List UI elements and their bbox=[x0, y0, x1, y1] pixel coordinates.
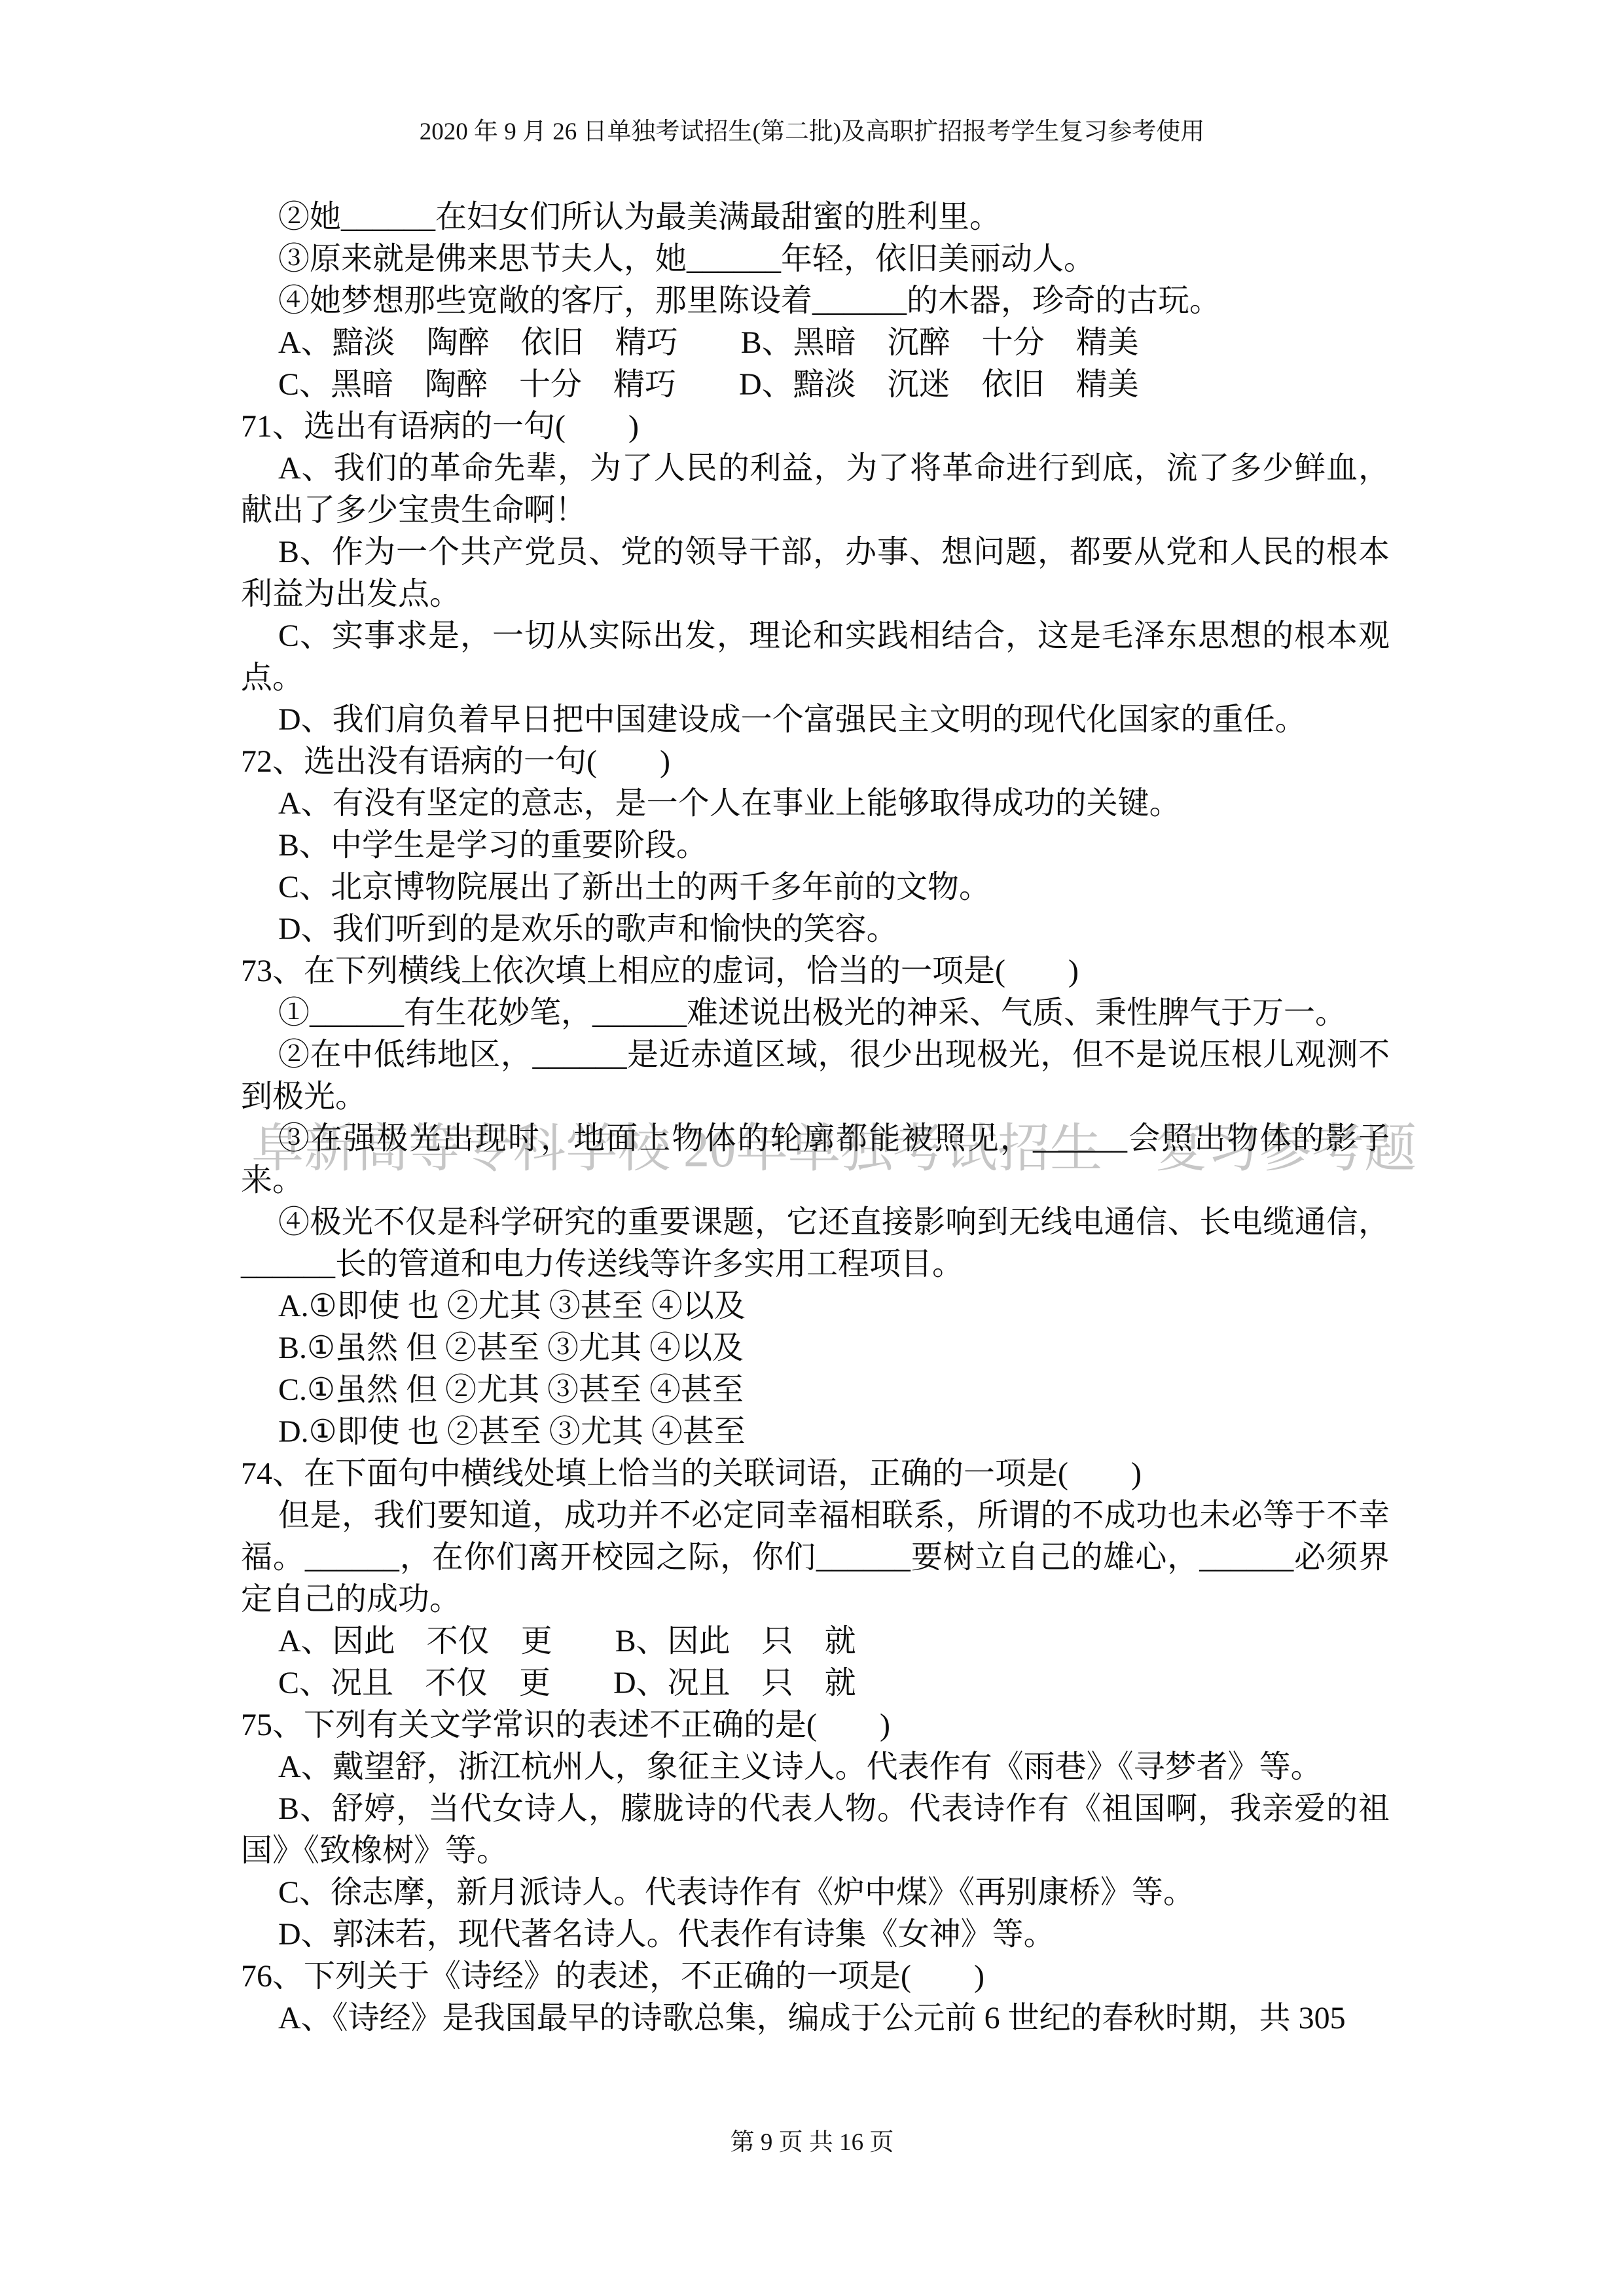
text-line: D、我们肩负着早日把中国建设成一个富强民主文明的现代化国家的重任。 bbox=[241, 699, 1390, 741]
text-line: A、我们的革命先辈，为了人民的利益，为了将革命进行到底，流了多少鲜血，献出了多少… bbox=[241, 448, 1390, 531]
question-line: 72、选出没有语病的一句( ) bbox=[241, 741, 1390, 783]
text-line: D.①即使 也 ②甚至 ③尤其 ④甚至 bbox=[241, 1411, 1390, 1453]
text-line: ③在强极光出现时，地面上物体的轮廓都能被照见，______会照出物体的影子来。 bbox=[241, 1118, 1390, 1202]
text-line: ①______有生花妙笔，______难述说出极光的神采、气质、秉性脾气于万一。 bbox=[241, 992, 1390, 1034]
text-line: B、作为一个共产党员、党的领导干部，办事、想问题，都要从党和人民的根本利益为出发… bbox=[241, 531, 1390, 615]
question-line: 73、在下列横线上依次填上相应的虚词，恰当的一项是( ) bbox=[241, 950, 1390, 992]
text-line: 但是，我们要知道，成功并不必定同幸福相联系，所谓的不成功也未必等于不幸福。___… bbox=[241, 1495, 1390, 1621]
question-line: 76、下列关于《诗经》的表述，不正确的一项是( ) bbox=[241, 1956, 1390, 1998]
text-line: ④极光不仅是科学研究的重要课题，它还直接影响到无线电通信、长电缆通信，_____… bbox=[241, 1202, 1390, 1285]
page-header: 2020 年 9 月 26 日单独考试招生(第二批)及高职扩招报考学生复习参考使… bbox=[0, 118, 1624, 147]
text-line: C、北京博物院展出了新出土的两千多年前的文物。 bbox=[241, 867, 1390, 908]
text-line: C、况且 不仅 更 D、况且 只 就 bbox=[241, 1662, 1390, 1704]
text-line: A、有没有坚定的意志，是一个人在事业上能够取得成功的关键。 bbox=[241, 783, 1390, 825]
text-line: C.①虽然 但 ②尤其 ③甚至 ④甚至 bbox=[241, 1369, 1390, 1411]
text-line: C、黑暗 陶醉 十分 精巧 D、黯淡 沉迷 依旧 精美 bbox=[241, 364, 1390, 406]
text-line: ②在中低纬地区，______是近赤道区域，很少出现极光，但不是说压根儿观测不到极… bbox=[241, 1034, 1390, 1118]
text-line: A、因此 不仅 更 B、因此 只 就 bbox=[241, 1621, 1390, 1662]
text-line: B、舒婷，当代女诗人，朦胧诗的代表人物。代表诗作有《祖国啊，我亲爱的祖国》《致橡… bbox=[241, 1788, 1390, 1872]
document-page: 2020 年 9 月 26 日单独考试招生(第二批)及高职扩招报考学生复习参考使… bbox=[0, 0, 1624, 2296]
text-line: ②她______在妇女们所认为最美满最甜蜜的胜利里。 bbox=[241, 196, 1390, 238]
text-line: ③原来就是佛来思节夫人，她______年轻，依旧美丽动人。 bbox=[241, 238, 1390, 280]
text-line: C、徐志摩，新月派诗人。代表诗作有《炉中煤》《再别康桥》等。 bbox=[241, 1872, 1390, 1914]
page-footer: 第 9 页 共 16 页 bbox=[0, 2128, 1624, 2157]
text-line: C、实事求是，一切从实际出发，理论和实践相结合，这是毛泽东思想的根本观点。 bbox=[241, 615, 1390, 699]
question-line: 71、选出有语病的一句( ) bbox=[241, 406, 1390, 448]
text-line: D、郭沫若，现代著名诗人。代表作有诗集《女神》等。 bbox=[241, 1914, 1390, 1956]
text-line: A、《诗经》是我国最早的诗歌总集，编成于公元前 6 世纪的春秋时期，共 305 bbox=[241, 1998, 1390, 2039]
text-line: A、黯淡 陶醉 依旧 精巧 B、黑暗 沉醉 十分 精美 bbox=[241, 322, 1390, 364]
text-line: A、戴望舒，浙江杭州人，象征主义诗人。代表作有《雨巷》《寻梦者》等。 bbox=[241, 1746, 1390, 1788]
text-line: ④她梦想那些宽敞的客厅，那里陈设着______的木器，珍奇的古玩。 bbox=[241, 280, 1390, 322]
question-line: 74、在下面句中横线处填上恰当的关联词语，正确的一项是( ) bbox=[241, 1453, 1390, 1495]
text-line: D、我们听到的是欢乐的歌声和愉快的笑容。 bbox=[241, 908, 1390, 950]
text-line: A.①即使 也 ②尤其 ③甚至 ④以及 bbox=[241, 1285, 1390, 1327]
text-line: B.①虽然 但 ②甚至 ③尤其 ④以及 bbox=[241, 1327, 1390, 1369]
text-line: B、中学生是学习的重要阶段。 bbox=[241, 825, 1390, 867]
document-body: ②她______在妇女们所认为最美满最甜蜜的胜利里。③原来就是佛来思节夫人，她_… bbox=[241, 196, 1390, 2039]
question-line: 75、下列有关文学常识的表述不正确的是( ) bbox=[241, 1704, 1390, 1746]
